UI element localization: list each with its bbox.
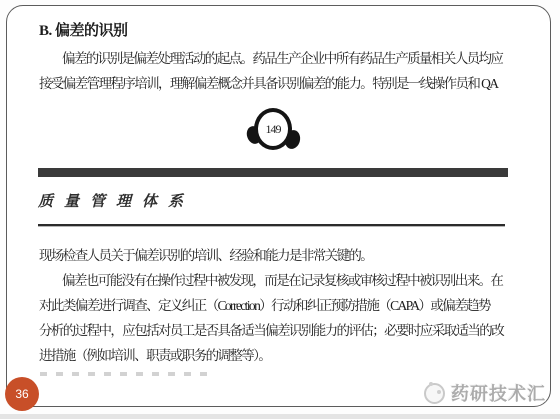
paragraph-deviation-identification: 偏差的识别是偏差处理活动的起点。药品生产企业中所有药品生产质量相关人员均应 接受… (39, 46, 502, 96)
slide-page-number: 36 (15, 387, 28, 401)
stamp-number: 149 (266, 122, 281, 137)
paragraph-line: 偏差也可能没有在操作过程中被发现，而是在记录复核或审核过程中被识别出来。在 (39, 268, 503, 293)
stamp-circle: 149 (254, 108, 292, 150)
watermark-logo-icon (424, 383, 445, 404)
paragraph-inspection-personnel: 现场检查人员关于偏差识别的培训、经验和能力是非常关键的。 偏差也可能没有在操作过… (39, 243, 503, 368)
paragraph-line: 分析的过程中，应包括对员工是否具备适当偏差识别能力的评估；必要时应采取适当的改 (39, 318, 503, 343)
slide-page-number-badge: 36 (5, 377, 39, 411)
paragraph-line: 偏差的识别是偏差处理活动的起点。药品生产企业中所有药品生产质量相关人员均应 (39, 46, 502, 71)
channel-watermark: 药研技术汇 (424, 380, 546, 406)
paragraph-line: 现场检查人员关于偏差识别的培训、经验和能力是非常关键的。 (39, 243, 503, 268)
paragraph-line: 对此类偏差进行调查、定义纠正（Correction）行动和纠正预防措施（CAPA… (39, 293, 503, 318)
watermark-text: 药研技术汇 (451, 380, 546, 406)
background-strip (0, 414, 560, 419)
chapter-divider-bar (38, 168, 508, 177)
cropped-text-remnant (40, 372, 208, 376)
running-header-quality-system: 质量管理体系 (38, 189, 194, 215)
header-underline (38, 224, 505, 227)
page-number-stamp: 149 (245, 106, 301, 156)
book-page: B. 偏差的识别 偏差的识别是偏差处理活动的起点。药品生产企业中所有药品生产质量… (6, 5, 551, 407)
scanned-document-page: B. 偏差的识别 偏差的识别是偏差处理活动的起点。药品生产企业中所有药品生产质量… (0, 0, 560, 419)
paragraph-line: 接受偏差管理程序培训，理解偏差概念并具备识别偏差的能力。特别是一线操作员和 QA (39, 71, 502, 96)
section-heading: B. 偏差的识别 (39, 19, 128, 40)
paragraph-line: 进措施（例如培训、职责或职务的调整等）。 (39, 343, 503, 368)
